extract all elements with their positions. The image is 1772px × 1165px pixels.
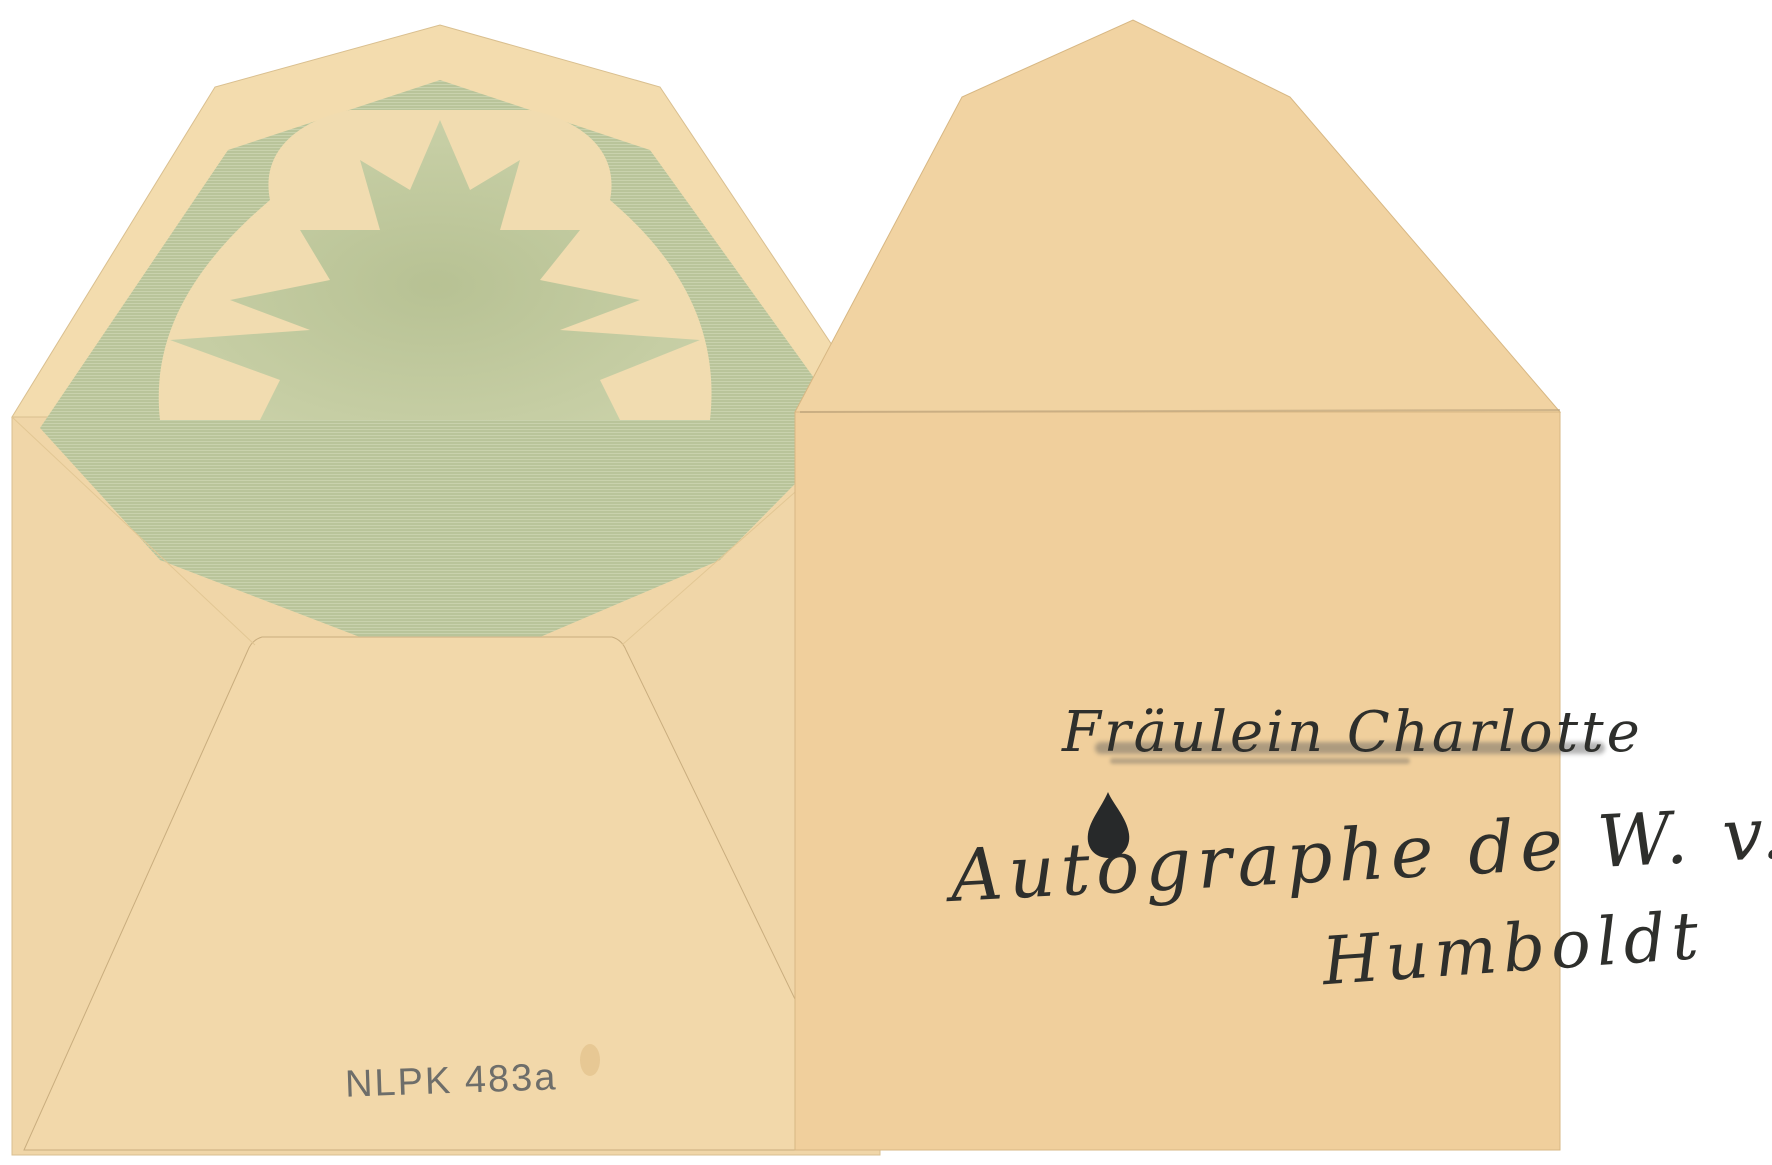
handwriting-addressee-struck: Fräulein Charlotte: [1062, 700, 1643, 765]
ink-blot: [1083, 790, 1133, 860]
left-envelope: [12, 25, 880, 1155]
envelopes-drawing: [0, 0, 1772, 1165]
envelopes-scan: NLPK 483a Fräulein Charlotte Autographe …: [0, 0, 1772, 1165]
archive-pencil-note: NLPK 483a: [344, 1056, 558, 1106]
